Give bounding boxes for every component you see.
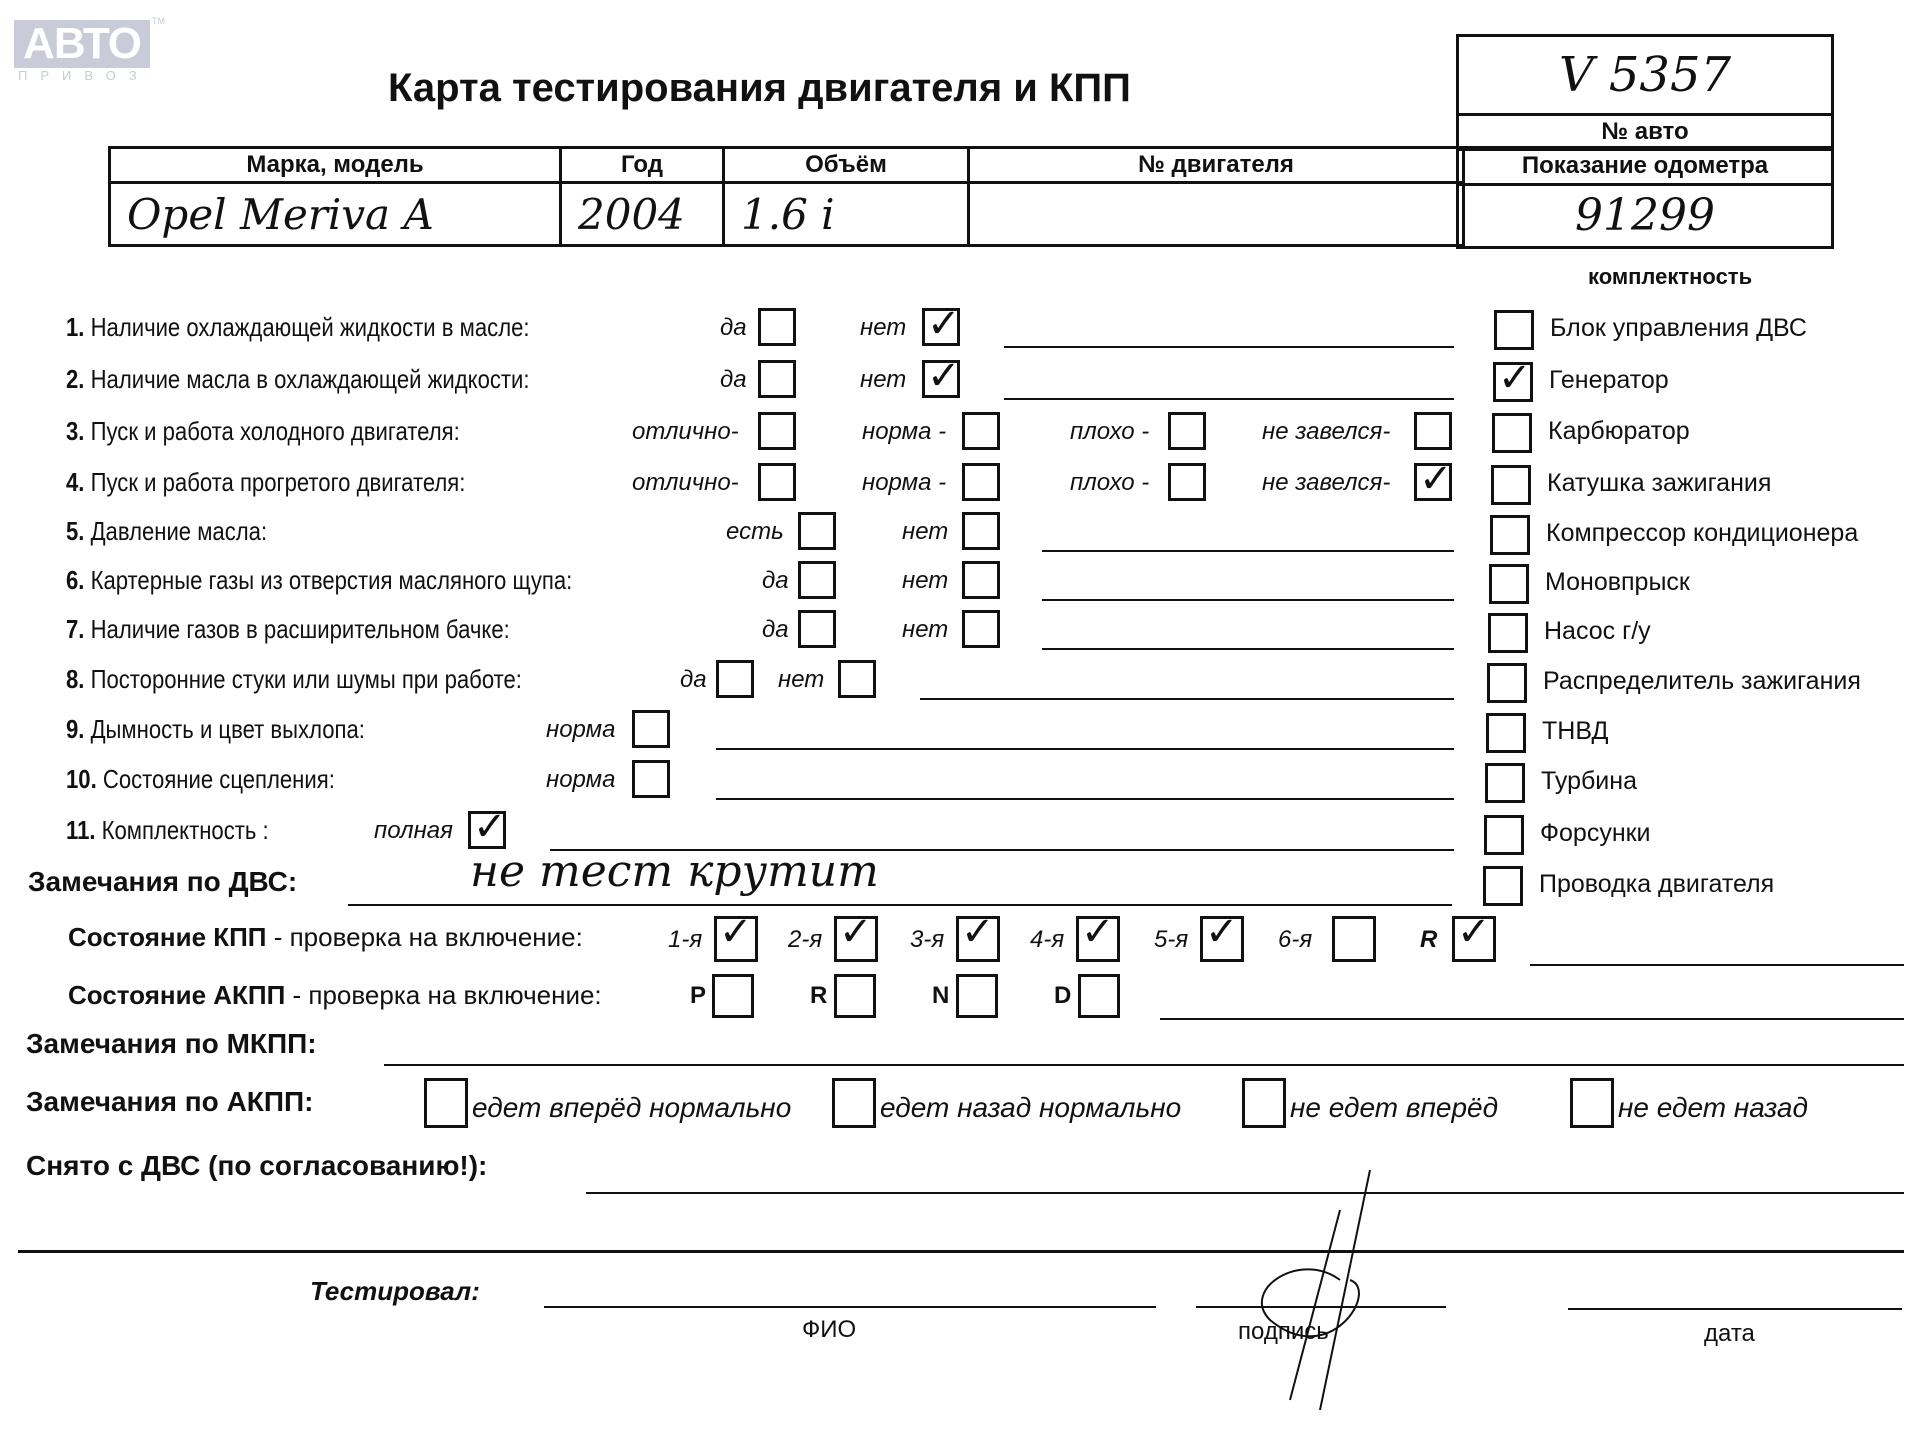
gear-label: 2-я [788,926,822,954]
gear-label: R [1420,926,1437,954]
option-label: полная [374,817,453,845]
completeness-label: Генератор [1549,366,1669,395]
completeness-label: Распределитель зажигания [1543,667,1861,696]
page-title: Карта тестирования двигателя и КПП [388,66,1131,111]
question-label: Наличие охлаждающей жидкости в масле: [91,312,530,342]
option-label: норма - [862,469,946,497]
completeness-label: ТНВД [1542,717,1608,746]
question-number: 8. [66,664,91,694]
completeness-title: комплектность [1588,264,1752,290]
remark-line [1042,550,1454,552]
gear-checkbox[interactable] [1452,916,1496,962]
auto-number-box: V 5357 № авто [1456,34,1834,151]
question-text: 2. Наличие масла в охлаждающей жидкости: [66,364,530,395]
remark-line [1004,398,1454,400]
option-checkbox[interactable] [1168,412,1206,450]
question-text: 1. Наличие охлаждающей жидкости в масле: [66,312,530,343]
vehicle-info-table: Марка, модель Год Объём № двигателя Opel… [108,146,1465,247]
question-text: 11. Комплектность : [66,815,269,846]
manual-gearbox-label-rest: - проверка на включение: [267,922,583,952]
gear-checkbox[interactable] [1078,974,1120,1018]
model-value[interactable]: Opel Meriva A [110,183,561,246]
question-label: Давление масла: [91,516,268,546]
remark-line [920,698,1454,700]
gear-checkbox[interactable] [834,916,878,962]
gear-label: 3-я [910,926,944,954]
question-text: 4. Пуск и работа прогретого двигателя: [66,467,465,498]
column-header-model: Марка, модель [110,148,561,183]
completeness-checkbox[interactable] [1490,515,1530,555]
option-checkbox[interactable] [922,360,960,398]
gear-label: D [1054,982,1071,1010]
question-text: 5. Давление масла: [66,516,267,547]
completeness-checkbox[interactable] [1487,663,1527,703]
question-number: 10. [66,764,103,794]
tested-by-label: Тестировал: [310,1276,480,1307]
completeness-checkbox[interactable] [1489,564,1529,604]
completeness-checkbox[interactable] [1494,310,1534,350]
question-text: 8. Посторонние стуки или шумы при работе… [66,664,522,695]
completeness-label: Компрессор кондиционера [1546,519,1858,548]
gear-label: R [810,982,827,1010]
option-label: нет [778,666,824,694]
option-checkbox[interactable] [758,412,796,450]
question-number: 5. [66,516,91,546]
option-label: да [720,366,747,394]
option-checkbox[interactable] [962,561,1000,599]
option-label: норма [546,716,615,744]
gear-label: N [932,982,949,1010]
auto-remark-label: едет вперёд нормально [472,1092,791,1124]
question-label: Пуск и работа прогретого двигателя: [91,467,466,497]
option-checkbox[interactable] [1168,463,1206,501]
option-checkbox[interactable] [962,610,1000,648]
completeness-label: Карбюратор [1548,417,1690,446]
completeness-checkbox[interactable] [1484,815,1524,855]
gear-label: 1-я [668,926,702,954]
question-text: 10. Состояние сцепления: [66,764,335,795]
date-caption: дата [1704,1320,1755,1348]
completeness-checkbox[interactable] [1483,866,1523,906]
completeness-checkbox[interactable] [1488,613,1528,653]
option-label: норма [546,766,615,794]
option-checkbox[interactable] [632,710,670,748]
question-label: Состояние сцепления: [103,764,335,794]
option-label: да [762,616,789,644]
option-label: отлично- [632,418,739,446]
gear-label: 5-я [1154,926,1188,954]
question-label: Комплектность : [102,815,269,845]
gear-checkbox[interactable] [956,974,998,1018]
question-label: Посторонние стуки или шумы при работе: [91,664,522,694]
option-checkbox[interactable] [838,660,876,698]
completeness-checkbox[interactable] [1486,713,1526,753]
option-checkbox[interactable] [922,308,960,346]
question-number: 3. [66,416,91,446]
remark-line [716,798,1454,800]
gear-checkbox[interactable] [1200,916,1244,962]
auto-gearbox-label-bold: Состояние АКПП [68,980,285,1010]
year-value[interactable]: 2004 [561,183,724,246]
question-text: 3. Пуск и работа холодного двигателя: [66,416,460,447]
logo-trademark: TM [152,16,165,26]
option-label: не завелся- [1262,418,1390,446]
fio-line [544,1306,1156,1308]
odometer-label: Показание одометра [1456,146,1834,183]
option-label: не завелся- [1262,469,1390,497]
completeness-label: Катушка зажигания [1547,469,1771,498]
column-header-volume: Объём [724,148,969,183]
manual-remarks-label: Замечания по МКПП: [26,1028,317,1060]
gear-label: 4-я [1030,926,1064,954]
option-checkbox[interactable] [758,360,796,398]
option-checkbox[interactable] [798,512,836,550]
option-label: да [762,567,789,595]
question-number: 1. [66,312,91,342]
auto-remarks-label: Замечания по АКПП: [26,1086,313,1118]
remark-line [1042,599,1454,601]
gear-checkbox[interactable] [956,916,1000,962]
manual-gearbox-label-bold: Состояние КПП [68,922,267,952]
engine-number-value[interactable] [969,183,1464,246]
divider-line [18,1250,1904,1253]
option-checkbox[interactable] [758,463,796,501]
option-checkbox[interactable] [962,463,1000,501]
gear-checkbox[interactable] [1332,916,1376,962]
question-label: Наличие газов в расширительном бачке: [91,614,510,644]
auto-number-value[interactable]: V 5357 [1459,37,1831,116]
auto-remark-checkbox[interactable] [1242,1078,1286,1128]
completeness-label: Моновпрыск [1545,568,1690,597]
logo: АВТО [14,20,150,68]
option-label: нет [902,567,948,595]
manual-gearbox-label: Состояние КПП - проверка на включение: [68,922,583,953]
auto-number-label: № авто [1459,116,1831,148]
option-label: плохо - [1070,418,1149,446]
engine-remarks-label: Замечания по ДВС: [28,866,297,898]
date-line [1568,1308,1902,1310]
option-checkbox[interactable] [632,760,670,798]
option-checkbox[interactable] [798,610,836,648]
volume-value[interactable]: 1.6 i [724,183,969,246]
option-checkbox[interactable] [468,811,506,849]
completeness-checkbox[interactable] [1493,362,1533,402]
removed-label: Снято с ДВС (по согласованию!): [26,1150,487,1182]
option-label: норма - [862,418,946,446]
option-checkbox[interactable] [1414,463,1452,501]
option-checkbox[interactable] [716,660,754,698]
auto-gearbox-line [1160,1018,1904,1020]
option-label: есть [726,518,784,546]
option-label: да [680,666,707,694]
auto-gearbox-label-rest: - проверка на включение: [285,980,601,1010]
question-number: 4. [66,467,91,497]
fio-caption: ФИО [802,1316,856,1344]
auto-gearbox-label: Состояние АКПП - проверка на включение: [68,980,602,1011]
auto-remark-checkbox[interactable] [1570,1078,1614,1128]
completeness-checkbox[interactable] [1492,413,1532,453]
question-label: Пуск и работа холодного двигателя: [91,416,460,446]
completeness-label: Насос г/у [1544,617,1651,646]
engine-remarks-line [348,904,1452,906]
gear-checkbox[interactable] [712,974,754,1018]
gear-label: P [690,982,706,1010]
auto-remark-label: не едет вперёд [1290,1092,1498,1124]
option-label: нет [902,616,948,644]
remark-line [716,748,1454,750]
question-label: Картерные газы из отверстия масляного щу… [91,565,573,595]
completeness-label: Проводка двигателя [1539,870,1774,899]
question-text: 7. Наличие газов в расширительном бачке: [66,614,510,645]
option-label: нет [902,518,948,546]
completeness-label: Блок управления ДВС [1550,314,1807,343]
option-checkbox[interactable] [962,412,1000,450]
option-checkbox[interactable] [962,512,1000,550]
question-number: 2. [66,364,91,394]
completeness-checkbox[interactable] [1485,763,1525,803]
gear-checkbox[interactable] [714,916,758,962]
auto-remark-label: не едет назад [1618,1092,1808,1124]
option-label: плохо - [1070,469,1149,497]
question-text: 6. Картерные газы из отверстия масляного… [66,565,572,596]
option-checkbox[interactable] [1414,412,1452,450]
question-number: 11. [66,815,102,845]
option-checkbox[interactable] [798,561,836,599]
signature-scribble-icon [1240,1170,1380,1410]
question-label: Наличие масла в охлаждающей жидкости: [91,364,530,394]
auto-remark-checkbox[interactable] [424,1078,468,1128]
question-number: 9. [66,714,91,744]
question-number: 6. [66,565,91,595]
option-checkbox[interactable] [758,308,796,346]
auto-remark-label: едет назад нормально [880,1092,1181,1124]
question-text: 9. Дымность и цвет выхлопа: [66,714,365,745]
column-header-year: Год [561,148,724,183]
odometer-value[interactable]: 91299 [1456,183,1834,249]
completeness-label: Турбина [1541,767,1637,796]
logo-subtitle: ПРИВОЗ [18,68,150,83]
option-label: да [720,314,747,342]
completeness-checkbox[interactable] [1491,465,1531,505]
option-label: отлично- [632,469,739,497]
auto-remark-checkbox[interactable] [832,1078,876,1128]
manual-remarks-line [384,1064,1904,1066]
column-header-engine-number: № двигателя [969,148,1464,183]
completeness-label: Форсунки [1540,819,1651,848]
gear-label: 6-я [1278,926,1312,954]
question-label: Дымность и цвет выхлопа: [91,714,365,744]
option-label: нет [860,314,906,342]
option-label: нет [860,366,906,394]
question-number: 7. [66,614,91,644]
gear-checkbox[interactable] [1076,916,1120,962]
manual-gearbox-line [1530,964,1904,966]
remark-line [1004,346,1454,348]
gear-checkbox[interactable] [834,974,876,1018]
remark-line [1042,648,1454,650]
engine-remarks-value[interactable]: не тест крутит [470,846,879,897]
